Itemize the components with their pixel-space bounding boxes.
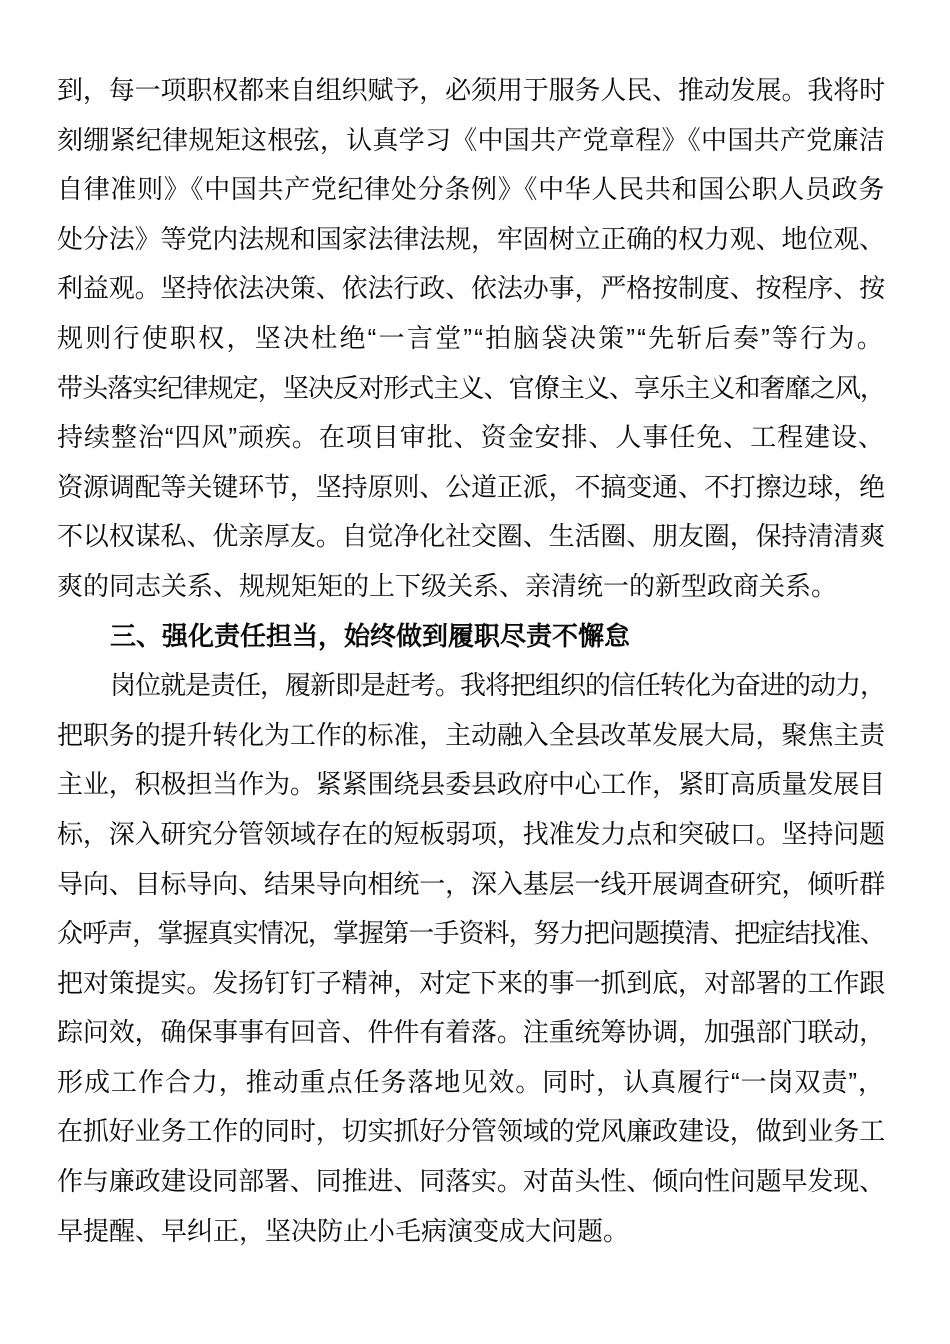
- document-line: 带头落实纪律规定，坚决反对形式主义、官僚主义、享乐主义和奢靡之风，: [57, 364, 885, 414]
- document-line-paragraph-end: 早提醒、早纠正，坚决防止小毛病演变成大问题。: [57, 1207, 885, 1257]
- document-line: 不以权谋私、优亲厚友。自觉净化社交圈、生活圈、朋友圈，保持清清爽: [57, 512, 885, 562]
- section-heading: 三、强化责任担当，始终做到履职尽责不懈怠: [57, 612, 885, 662]
- document-line-paragraph-end: 爽的同志关系、规规矩矩的上下级关系、亲清统一的新型政商关系。: [57, 562, 885, 612]
- document-line: 在抓好业务工作的同时，切实抓好分管领域的党风廉政建设，做到业务工: [57, 1107, 885, 1157]
- document-line: 规则行使职权，坚决杜绝“一言堂”“拍脑袋决策”“先斩后奏”等行为。: [57, 314, 885, 364]
- document-line: 作与廉政建设同部署、同推进、同落实。对苗头性、倾向性问题早发现、: [57, 1157, 885, 1207]
- document-line-paragraph-start: 岗位就是责任，履新即是赶考。我将把组织的信任转化为奋进的动力，: [57, 661, 885, 711]
- document-line: 刻绷紧纪律规矩这根弦，认真学习《中国共产党章程》《中国共产党廉洁: [57, 116, 885, 166]
- document-line: 自律准则》《中国共产党纪律处分条例》《中华人民共和国公职人员政务: [57, 165, 885, 215]
- document-line: 导向、目标导向、结果导向相统一，深入基层一线开展调查研究，倾听群: [57, 860, 885, 910]
- document-line: 资源调配等关键环节，坚持原则、公道正派，不搞变通、不打擦边球，绝: [57, 463, 885, 513]
- document-page: 到，每一项职权都来自组织赋予，必须用于服务人民、推动发展。我将时 刻绷紧纪律规矩…: [0, 0, 950, 1344]
- document-line: 把职务的提升转化为工作的标准，主动融入全县改革发展大局，聚焦主责: [57, 711, 885, 761]
- document-line: 众呼声，掌握真实情况，掌握第一手资料，努力把问题摸清、把症结找准、: [57, 909, 885, 959]
- document-line: 把对策提实。发扬钉钉子精神，对定下来的事一抓到底，对部署的工作跟: [57, 959, 885, 1009]
- document-line: 主业，积极担当作为。紧紧围绕县委县政府中心工作，紧盯高质量发展目: [57, 760, 885, 810]
- document-line: 到，每一项职权都来自组织赋予，必须用于服务人民、推动发展。我将时: [57, 66, 885, 116]
- document-line: 标，深入研究分管领域存在的短板弱项，找准发力点和突破口。坚持问题: [57, 810, 885, 860]
- document-line: 持续整治“四风”顽疾。在项目审批、资金安排、人事任免、工程建设、: [57, 413, 885, 463]
- document-line: 踪问效，确保事事有回音、件件有着落。注重统筹协调，加强部门联动，: [57, 1008, 885, 1058]
- document-line: 形成工作合力，推动重点任务落地见效。同时，认真履行“一岗双责”，: [57, 1058, 885, 1108]
- document-line: 利益观。坚持依法决策、依法行政、依法办事，严格按制度、按程序、按: [57, 264, 885, 314]
- document-line: 处分法》等党内法规和国家法律法规，牢固树立正确的权力观、地位观、: [57, 215, 885, 265]
